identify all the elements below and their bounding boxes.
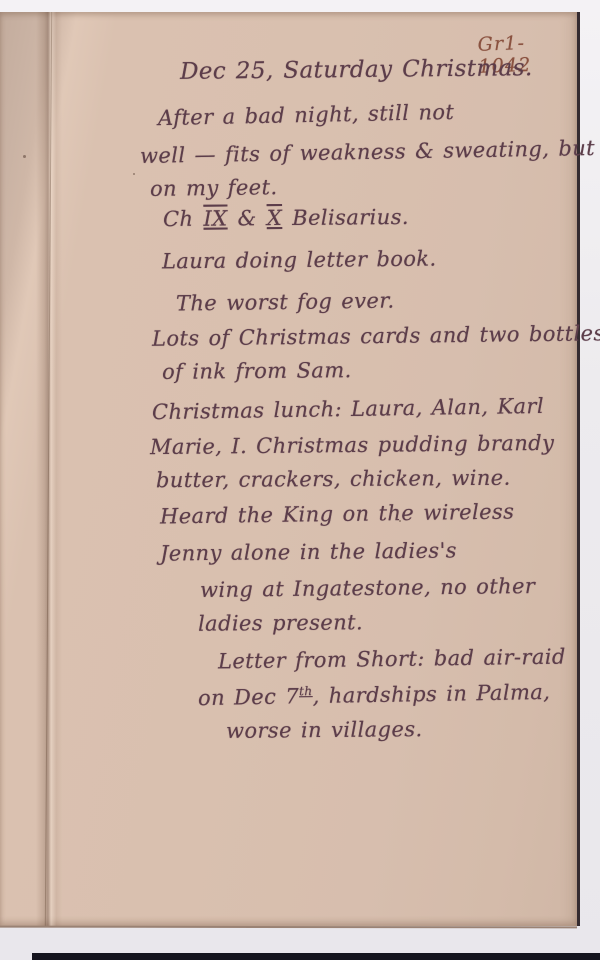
chapter-suffix: Belisarius. (283, 205, 409, 230)
diary-line: After a bad night, still not (158, 100, 455, 130)
paper-speck (133, 173, 135, 175)
ordinal-suffix: th (299, 684, 313, 698)
diary-line: wing at Ingatestone, no other (200, 574, 536, 602)
chapter-prefix: Ch (163, 207, 203, 231)
scanner-edge-bar (32, 953, 600, 960)
air-raid-prefix: on Dec 7 (198, 684, 300, 710)
diary-line-air-raid: on Dec 7th, hardships in Palma, (198, 680, 551, 710)
diary-line: Heard the King on the wireless (160, 500, 515, 529)
diary-line: Jenny alone in the ladies's (160, 538, 457, 565)
chapter-ampersand: & (228, 206, 265, 230)
paper-speck (23, 155, 26, 158)
diary-line: Laura doing letter book. (162, 247, 437, 274)
diary-line: on my feet. (150, 175, 278, 201)
roman-numeral-ten: X (266, 206, 284, 230)
diary-line: ladies present. (198, 610, 363, 635)
diary-line: Lots of Christmas cards and two bottles (152, 321, 600, 351)
diary-line: of ink from Sam. (162, 358, 352, 384)
diary-line: Letter from Short: bad air-raid (218, 645, 566, 674)
air-raid-suffix: , hardships in Palma, (312, 680, 550, 708)
diary-line: The worst fog ever. (176, 288, 395, 315)
diary-line: Marie, I. Christmas pudding brandy (150, 431, 555, 459)
diary-line: Christmas lunch: Laura, Alan, Karl (152, 394, 544, 424)
diary-line: well — fits of weakness & sweating, but (140, 136, 595, 168)
manuscript-page: Gr1-1042 Dec 25, Saturday Christmas. Aft… (0, 12, 580, 926)
diary-line: worse in villages. (226, 717, 423, 743)
entry-date-heading: Dec 25, Saturday Christmas. (180, 55, 533, 85)
paper-bottom-edge (0, 926, 577, 929)
diary-line: butter, crackers, chicken, wine. (156, 466, 511, 492)
roman-numeral-nine: IX (202, 207, 228, 231)
diary-line-chapters: Ch IX & X Belisarius. (163, 205, 409, 231)
